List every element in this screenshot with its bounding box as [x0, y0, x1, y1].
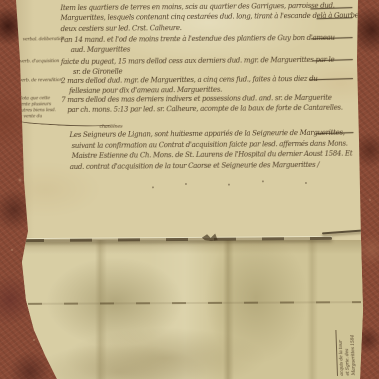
manuscript-line: l'an 14 mand. et l'od de moins trente à …: [61, 35, 335, 44]
manuscript-line: Maistre Estienne du Ch. Mons. de St. Lau…: [72, 151, 353, 160]
manuscript-line: suivant la confirmation au Contrat d'acq…: [72, 141, 348, 150]
manuscript-line: sr. de Gironelle: [73, 69, 122, 76]
ink-speck: [305, 182, 307, 184]
ink-speck: [185, 183, 187, 185]
manuscript-line: faicte du pugeat, 15 mars dellod cess au…: [61, 57, 335, 66]
manuscript-sheet: Item les quartiers de terres en moins, s…: [0, 0, 379, 379]
margin-note: Nota que cette vente plusieurs autres bi…: [18, 96, 64, 120]
docket-note-line: Marguerittes 1584: [349, 303, 358, 375]
manuscript-line: par ch. mons. 5:13 par led. sr. Calheure…: [67, 105, 342, 114]
manuscript-line: Item les quartiers de terres en moins, s…: [60, 3, 334, 12]
manuscript-line: Les Seigneurs de Lignan, sont huitiesme …: [69, 130, 344, 139]
manuscript-line: deux cestiers sur led. Crst. Calheure.: [61, 25, 182, 33]
docket-annotation: acquis de la touret Sgrie. desMargueritt…: [333, 303, 359, 376]
manuscript-line: 2 mars dellod dud. mgr. de Marguerittes,…: [61, 76, 318, 85]
ink-speck: [262, 180, 264, 182]
margin-note: verb. de revendition: [19, 78, 65, 84]
manuscript-line: 7 mars dellod des mas derniers indivers …: [61, 95, 331, 104]
margin-note: verb. d'acquisition: [20, 59, 66, 65]
photo: Item les quartiers de terres en moins, s…: [0, 0, 379, 379]
manuscript-line: fellesiane pour dix d'ameau aud. Marguer…: [69, 87, 222, 95]
ink-speck: [152, 186, 154, 188]
manuscript-text: Item les quartiers de terres en moins, s…: [0, 0, 379, 379]
docket-underline-stroke: [335, 330, 338, 376]
line-filler-dash: [309, 78, 353, 80]
margin-note: verbal. deliberation: [23, 37, 69, 43]
manuscript-line: aud. Marguerittes: [71, 47, 130, 55]
manuscript-line: aud. contrat d'acquisition de la tour Ca…: [70, 162, 320, 171]
ink-speck: [228, 184, 230, 186]
